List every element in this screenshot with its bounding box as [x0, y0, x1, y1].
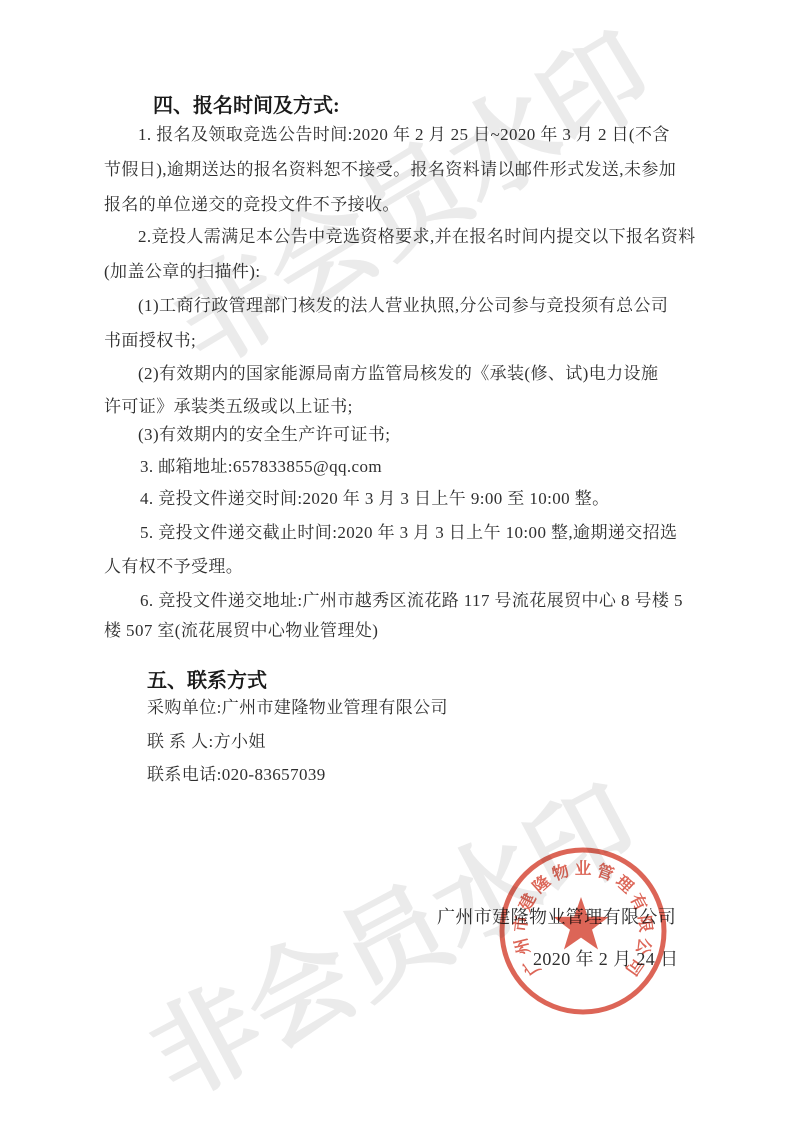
document-page: 非会员水印 非会员水印 四、报名时间及方式: 1. 报名及领取竞选公告时间:20… [0, 0, 794, 1123]
section4-heading: 四、报名时间及方式: [153, 89, 340, 118]
body-line-submit-time: 4. 竞投文件递交时间:2020 年 3 月 3 日上午 9:00 至 10:0… [140, 488, 610, 510]
seal-arc-char: 市 [510, 914, 532, 933]
body-line-license-2b: 许可证》承装类五级或以上证书; [104, 396, 353, 418]
seal-star-icon [553, 897, 608, 949]
body-line-license-2a: (2)有效期内的国家能源局南方监管局核发的《承装(修、试)电力设施 [138, 363, 658, 385]
seal-arc-char: 公 [632, 936, 655, 957]
body-line-license-1a: (1)工商行政管理部门核发的法人营业执照,分公司参与竞投须有总公司 [138, 295, 668, 317]
seal-arc-char: 业 [575, 859, 592, 878]
body-line-address-1: 6. 竞投文件递交地址:广州市越秀区流花路 117 号流花展贸中心 8 号楼 5 [140, 590, 683, 612]
body-line-registration-time-3: 报名的单位递交的竞投文件不予接收。 [104, 194, 400, 216]
body-line-deadline-1: 5. 竞投文件递交截止时间:2020 年 3 月 3 日上午 10:00 整,逾… [140, 522, 677, 544]
body-line-qualification-1: 2.竞投人需满足本公告中竞选资格要求,并在报名时间内提交以下报名资料 [138, 226, 696, 248]
contact-person: 联 系 人:方小姐 [147, 731, 266, 753]
body-line-license-3: (3)有效期内的安全生产许可证书; [138, 424, 390, 446]
contact-purchaser: 采购单位:广州市建隆物业管理有限公司 [147, 697, 448, 719]
section5-heading: 五、联系方式 [147, 664, 267, 693]
seal-arc-char: 建 [514, 890, 540, 914]
seal-arc-char: 州 [511, 936, 533, 957]
body-line-registration-time-1: 1. 报名及领取竞选公告时间:2020 年 2 月 25 日~2020 年 3 … [138, 124, 670, 146]
seal-arc-char: 限 [635, 914, 656, 933]
contact-phone: 联系电话:020-83657039 [147, 764, 326, 786]
seal-arc-char: 隆 [528, 871, 554, 897]
body-line-license-1b: 书面授权书; [104, 330, 196, 352]
seal-arc-char: 物 [549, 860, 572, 885]
body-line-address-2: 楼 507 室(流花展贸中心物业管理处) [104, 620, 378, 642]
seal-arc-char: 司 [622, 955, 647, 979]
body-line-registration-time-2: 节假日),逾期送达的报名资料恕不接受。报名资料请以邮件形式发送,未参加 [104, 159, 676, 181]
body-line-email: 3. 邮箱地址:657833855@qq.com [140, 456, 382, 478]
seal-arc-char: 管 [594, 860, 617, 885]
seal-arc-char: 有 [626, 890, 652, 914]
body-line-qualification-2: (加盖公章的扫描件): [104, 261, 260, 283]
company-seal: 广州市建隆物业管理有限公司 [492, 840, 674, 1022]
seal-arc-char: 理 [612, 872, 637, 897]
body-line-deadline-2: 人有权不予受理。 [104, 556, 243, 578]
seal-arc-char: 广 [518, 954, 544, 979]
